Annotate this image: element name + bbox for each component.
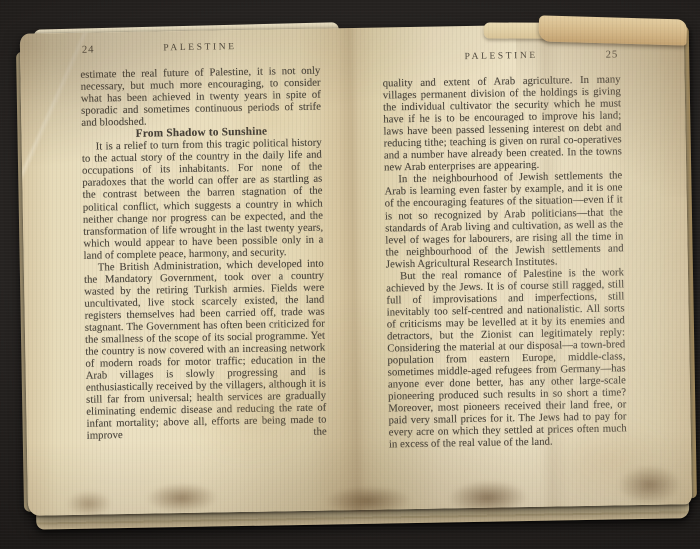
page-right: PALESTINE 25 quality and extent of Arab …	[382, 49, 627, 451]
page-left-body: estimate the real future of Palestine, i…	[80, 65, 326, 443]
paragraph: It is a relief to turn from this tragic …	[82, 137, 324, 262]
corner-fold	[538, 15, 687, 45]
page-number-left: 24	[82, 45, 95, 56]
paragraph: In the neighbourhood of Jewish settlemen…	[384, 170, 624, 271]
page-left-header: 24 PALESTINE	[80, 41, 320, 61]
page-number-right: 25	[606, 49, 619, 60]
open-book: 24 PALESTINE estimate the real future of…	[20, 22, 693, 530]
paragraph: But the real romance of Palestine is the…	[386, 266, 627, 451]
page-left: 24 PALESTINE estimate the real future of…	[80, 41, 327, 443]
page-right-header: PALESTINE 25	[382, 49, 620, 69]
paragraph: The British Administration, which develo…	[84, 257, 327, 442]
paragraph-continuation: estimate the real future of Palestine, i…	[80, 65, 321, 129]
paragraph-continuation: quality and extent of Arab agriculture. …	[383, 73, 623, 174]
page-right-body: quality and extent of Arab agriculture. …	[383, 73, 627, 451]
book-photograph: 24 PALESTINE estimate the real future of…	[0, 0, 700, 549]
